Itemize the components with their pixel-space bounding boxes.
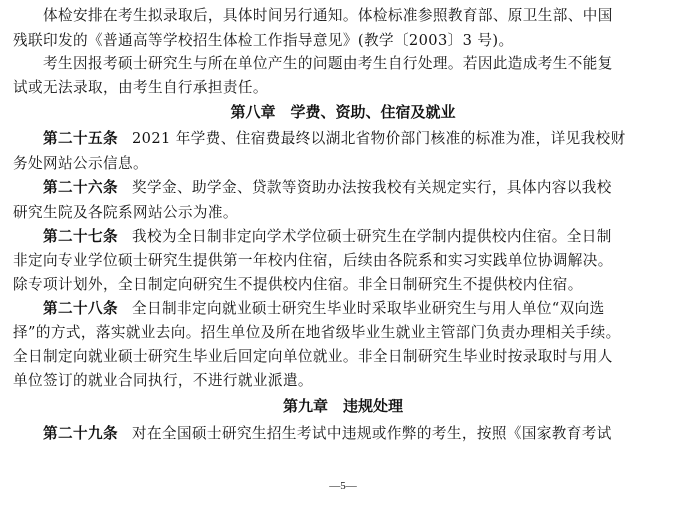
paragraph-line: 务处网站公示信息。 (13, 155, 148, 173)
article-label: 第二十九条 (43, 425, 118, 442)
page-number: —5— (0, 480, 686, 492)
article-26-line: 第二十六条奖学金、助学金、贷款等资助办法按我校有关规定实行，具体内容以我校 (43, 179, 612, 197)
paragraph-line: 全日制定向就业硕士研究生毕业后回定向单位就业。非全日制研究生毕业时按录取时与用人 (13, 348, 613, 366)
article-text: 2021 年学费、住宿费最终以湖北省物价部门核准的标准为准，详见我校财 (132, 130, 626, 147)
article-text: 对在全国硕士研究生招生考试中违规或作弊的考生，按照《国家教育考试 (132, 425, 612, 442)
paragraph-line: 考生因报考硕士研究生与所在单位产生的问题由考生自行处理。若因此造成考生不能复 (43, 55, 613, 73)
article-label: 第二十八条 (43, 300, 118, 317)
chapter-heading: 第九章 违规处理 (0, 397, 686, 415)
paragraph-line: 研究生院及各院系网站公示为准。 (13, 204, 238, 222)
paragraph-line: 择”的方式，落实就业去向。招生单位及所在地省级毕业生就业主管部门负责办理相关手续… (13, 324, 621, 342)
paragraph-line: 残联印发的《普通高等学校招生体检工作指导意见》(教学〔2003〕3 号)。 (13, 32, 513, 50)
paragraph-line: 体检安排在考生拟录取后，具体时间另行通知。体检标准参照教育部、原卫生部、中国 (43, 7, 613, 25)
chapter-heading: 第八章 学费、资助、住宿及就业 (0, 103, 686, 121)
article-28-line: 第二十八条全日制非定向就业硕士研究生毕业时采取毕业研究生与用人单位“双向选 (43, 300, 605, 318)
article-27-line: 第二十七条我校为全日制非定向学术学位硕士研究生在学制内提供校内住宿。全日制 (43, 228, 612, 246)
article-label: 第二十五条 (43, 130, 118, 147)
paragraph-line: 单位签订的就业合同执行，不进行就业派遣。 (13, 372, 313, 390)
article-label: 第二十七条 (43, 228, 118, 245)
article-text: 全日制非定向就业硕士研究生毕业时采取毕业研究生与用人单位“双向选 (132, 300, 605, 317)
article-29-line: 第二十九条对在全国硕士研究生招生考试中违规或作弊的考生，按照《国家教育考试 (43, 425, 612, 443)
article-text: 奖学金、助学金、贷款等资助办法按我校有关规定实行，具体内容以我校 (132, 179, 612, 196)
article-label: 第二十六条 (43, 179, 118, 196)
paragraph-line: 试或无法录取，由考生自行承担责任。 (13, 79, 268, 97)
article-text: 我校为全日制非定向学术学位硕士研究生在学制内提供校内住宿。全日制 (132, 228, 612, 245)
paragraph-line: 非定向专业学位硕士研究生提供第一年校内住宿，后续由各院系和实习实践单位协调解决。 (13, 252, 613, 270)
article-25-line: 第二十五条2021 年学费、住宿费最终以湖北省物价部门核准的标准为准，详见我校财 (43, 130, 626, 148)
paragraph-line: 除专项计划外，全日制定向研究生不提供校内住宿。非全日制研究生不提供校内住宿。 (13, 276, 583, 294)
